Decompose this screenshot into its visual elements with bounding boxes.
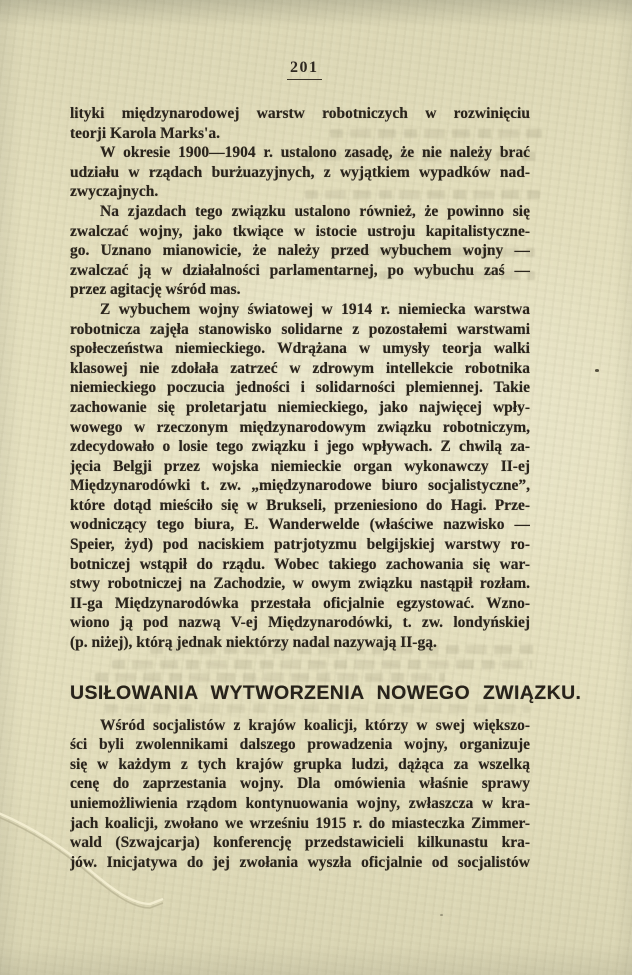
text-line: wald (Szwajcarja) konferencję przedstawi… (70, 833, 530, 853)
paragraph: Na zjazdach tego związku ustalono równie… (70, 202, 530, 300)
text-line: Wśród socjalistów z krajów koalicji, któ… (70, 716, 530, 736)
text-line: wiono ją pod nazwą V-ej Międzynarodówki,… (70, 613, 530, 633)
text-line: ści byli zwolennikami dalszego prowadzen… (70, 735, 530, 755)
text-line: zwalczać ją w działalności parlamentarne… (70, 261, 530, 281)
page-number: 201 (290, 59, 319, 76)
text-line: udziału w rządach burżuazyjnych, z wyjąt… (70, 163, 530, 183)
text-line: jów. Inicjatywa do jej zwołania wyszła o… (70, 853, 530, 873)
paragraph: Z wybuchem wojny światowej w 1914 r. nie… (70, 300, 530, 653)
text-line: społeczeństwa niemieckiego. Wdrążana w u… (70, 339, 530, 359)
text-line: stwy robotniczej na Zachodzie, w owym zw… (70, 574, 530, 594)
text-line: teorji Karola Marks'a. (70, 124, 530, 144)
text-line: cenę do zaprzestania wojny. Dla omówieni… (70, 774, 530, 794)
text-line: go. Uznano mianowicie, że należy przed w… (70, 241, 530, 261)
text-line: botniczej wstąpił do rządu. Wobec takieg… (70, 555, 530, 575)
text-line: zachowanie się proletarjatu niemieckiego… (70, 398, 530, 418)
ink-speck (595, 369, 599, 372)
paragraph: Wśród socjalistów z krajów koalicji, któ… (70, 716, 530, 873)
scanned-book-page: 201 lityki międzynarodowej warstw robotn… (0, 0, 632, 975)
text-line: jach koalicji, zwołano we wrześniu 1915 … (70, 814, 530, 834)
text-line: Międzynarodówki t. zw. „międzynarodowe b… (70, 476, 530, 496)
text-line: zwalczać wojny, jako tkwiące w istocie u… (70, 222, 530, 242)
text-line: wowego w rzeczonym międzynarodowym związ… (70, 418, 530, 438)
text-line: wodniczący tego biura, E. Wanderwelde (w… (70, 515, 530, 535)
text-line: lityki międzynarodowej warstw robotniczy… (70, 104, 530, 124)
text-line: robotnicza zajęła stanowisko solidarne z… (70, 320, 530, 340)
text-line: przez agitację wśród mas. (70, 280, 530, 300)
text-line: (p. niżej), którą jednak niektórzy nadal… (70, 633, 530, 653)
text-line: niemieckiego poczucia jedności i solidar… (70, 378, 530, 398)
text-line: zwyczajnych. (70, 182, 530, 202)
text-line: uniemożliwienia rządom kontynuowania woj… (70, 794, 530, 814)
text-block: lityki międzynarodowej warstw robotniczy… (70, 104, 530, 872)
text-line: II-ga Międzynarodówka przestała oficjaln… (70, 594, 530, 614)
text-line: klasowej nie zdołała zatrzeć w zdrowym i… (70, 359, 530, 379)
paragraph: lityki międzynarodowej warstw robotniczy… (70, 104, 530, 143)
text-line: zdecydowało o losie tego związku i jego … (70, 437, 530, 457)
text-line: Speier, żyd) pod naciskiem patrjotyzmu b… (70, 535, 530, 555)
text-line: jęcia Belgji przez wojska niemieckie org… (70, 457, 530, 477)
text-line: się w każdym z tych krajów grupka ludzi,… (70, 755, 530, 775)
text-line: Na zjazdach tego związku ustalono równie… (70, 202, 530, 222)
page-number-underline: 201 (287, 59, 322, 80)
text-line: Z wybuchem wojny światowej w 1914 r. nie… (70, 300, 530, 320)
ink-speck (440, 914, 443, 916)
section-heading: USIŁOWANIA WYTWORZENIA NOWEGO ZWIĄZKU. (70, 683, 530, 704)
text-line: W okresie 1900—1904 r. ustalono zasadę, … (70, 143, 530, 163)
text-line: które dotąd mieściło się w Brukseli, prz… (70, 496, 530, 516)
paragraph: W okresie 1900—1904 r. ustalono zasadę, … (70, 143, 530, 202)
